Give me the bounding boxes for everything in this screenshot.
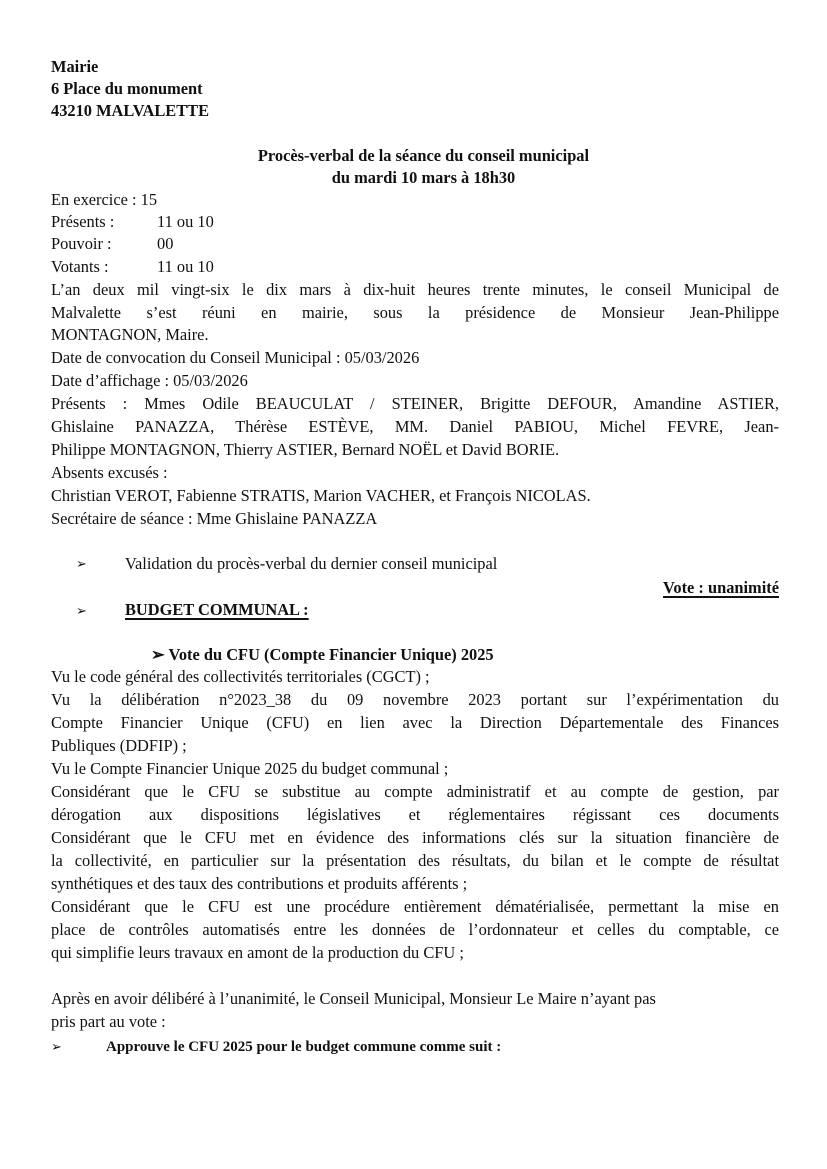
agenda-item-validation: Validation du procès-verbal du dernier c… <box>125 553 497 575</box>
decision-line-1: Après en avoir délibéré à l’unanimité, l… <box>51 988 656 1010</box>
body-line: Vu la délibération n°2023_38 du 09 novem… <box>51 689 779 711</box>
page-subtitle: du mardi 10 mars à 18h30 <box>0 167 827 189</box>
intro-line-3: MONTAGNON, Maire. <box>51 324 209 346</box>
body-line: Vu le code général des collectivités ter… <box>51 666 430 688</box>
page-title: Procès-verbal de la séance du conseil mu… <box>0 145 827 167</box>
presents-line-1: Présents : Mmes Odile BEAUCULAT / STEINE… <box>51 393 779 415</box>
date-convocation: Date de convocation du Conseil Municipal… <box>51 347 419 369</box>
intro-line-1: L’an deux mil vingt-six le dix mars à di… <box>51 279 779 301</box>
section-budget-communal: BUDGET COMMUNAL : <box>125 599 309 621</box>
body-line: dérogation aux dispositions législatives… <box>51 804 779 826</box>
count-en-exercice: En exercice : 15 <box>51 189 157 211</box>
absents-names: Christian VEROT, Fabienne STRATIS, Mario… <box>51 485 591 507</box>
count-pouvoir: Pouvoir : 00 <box>51 233 351 255</box>
body-line: Considérant que le CFU met en évidence d… <box>51 827 779 849</box>
presents-line-2: Ghislaine PANAZZA, Thérèse ESTÈVE, MM. D… <box>51 416 779 438</box>
document-page: Mairie 6 Place du monument 43210 MALVALE… <box>0 0 827 1169</box>
count-value: 11 ou 10 <box>157 211 214 233</box>
count-label: Présents : <box>51 212 114 231</box>
count-presents: Présents : 11 ou 10 <box>51 211 351 233</box>
vote-result-unanimite: Vote : unanimité <box>663 577 779 599</box>
bullet-arrow-icon: ➢ <box>76 556 87 572</box>
count-value: 00 <box>157 233 173 255</box>
header-address: 6 Place du monument <box>51 78 203 100</box>
body-line: qui simplifie leurs travaux en amont de … <box>51 942 464 964</box>
body-line: Publiques (DDFIP) ; <box>51 735 187 757</box>
count-votants: Votants : 11 ou 10 <box>51 256 351 278</box>
count-label: Pouvoir : <box>51 234 112 253</box>
body-line: Compte Financier Unique (CFU) en lien av… <box>51 712 779 734</box>
bullet-arrow-icon: ➢ <box>76 603 87 619</box>
decision-approve: Approuve le CFU 2025 pour le budget comm… <box>106 1036 501 1058</box>
header-city: 43210 MALVALETTE <box>51 100 209 122</box>
count-label: En exercice : 15 <box>51 190 157 209</box>
body-line: place de contrôles automatisés entre les… <box>51 919 779 941</box>
bullet-arrow-icon: ➢ <box>51 1039 62 1055</box>
absents-label: Absents excusés : <box>51 462 168 484</box>
body-line: synthétiques et des taux des contributio… <box>51 873 467 895</box>
body-line: Considérant que le CFU se substitue au c… <box>51 781 779 803</box>
secretary: Secrétaire de séance : Mme Ghislaine PAN… <box>51 508 377 530</box>
count-label: Votants : <box>51 257 109 276</box>
subsection-vote-cfu: ➢ Vote du CFU (Compte Financier Unique) … <box>151 644 494 666</box>
date-affichage: Date d’affichage : 05/03/2026 <box>51 370 248 392</box>
body-line: Considérant que le CFU est une procédure… <box>51 896 779 918</box>
presents-line-3: Philippe MONTAGNON, Thierry ASTIER, Bern… <box>51 439 559 461</box>
decision-line-2: pris part au vote : <box>51 1011 166 1033</box>
body-line: Vu le Compte Financier Unique 2025 du bu… <box>51 758 448 780</box>
body-line: la collectivité, en particulier sur la p… <box>51 850 779 872</box>
count-value: 11 ou 10 <box>157 256 214 278</box>
header-org: Mairie <box>51 56 98 78</box>
intro-line-2: Malvalette s’est réuni en mairie, sous l… <box>51 302 779 324</box>
